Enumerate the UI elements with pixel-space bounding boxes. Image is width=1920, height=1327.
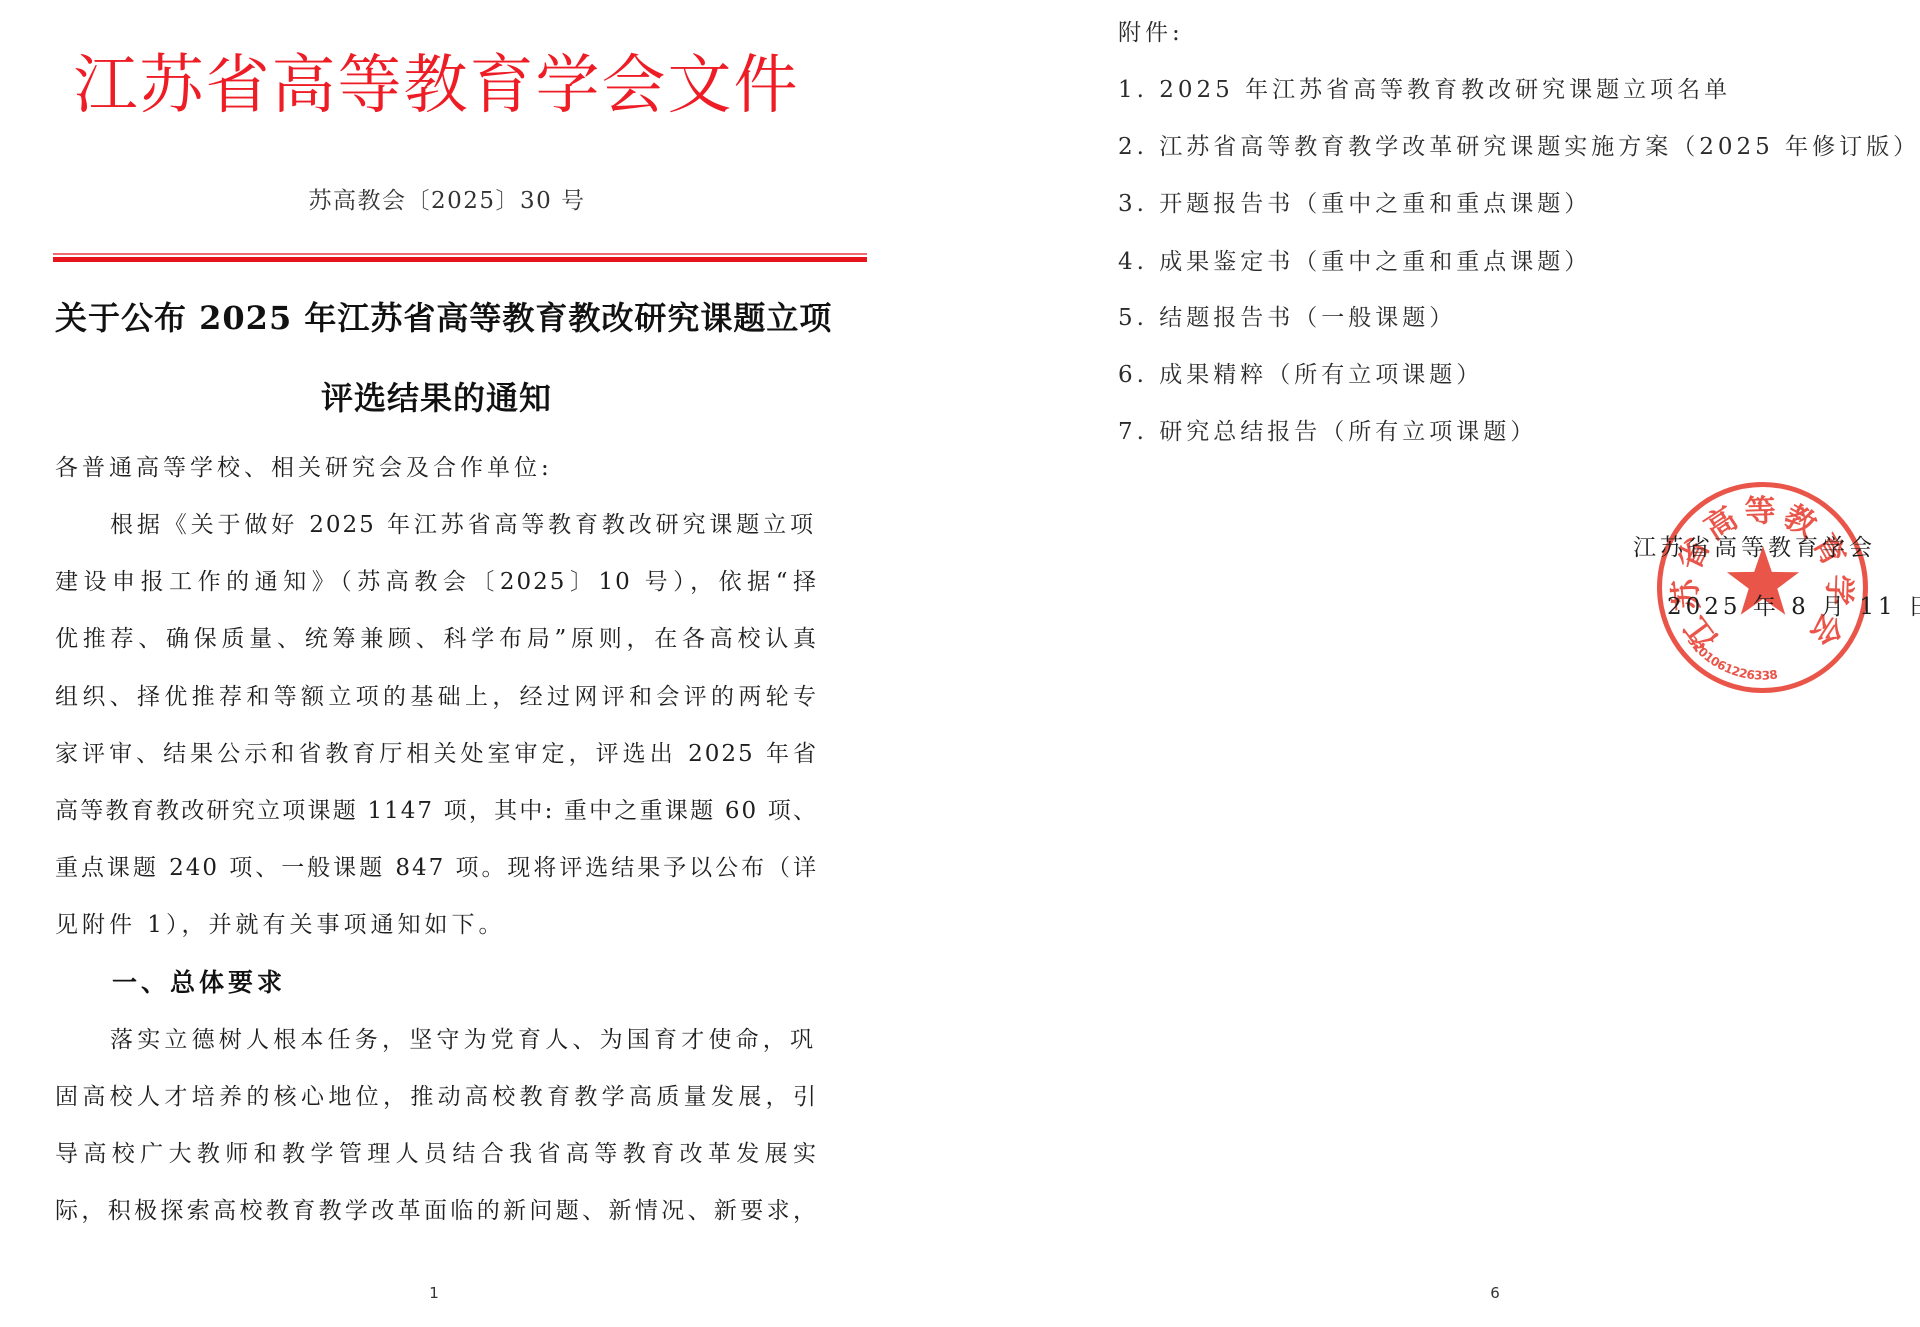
paragraph-1-line: 家评审、结果公示和省教育厅相关处室审定，评选出 2025 年省 [55, 734, 818, 774]
signature-organization: 江苏省高等教育学会 [1633, 528, 1876, 568]
red-rule-thick [53, 257, 867, 262]
paragraph-1-line: 见附件 1），并就有关事项通知如下。 [55, 905, 818, 945]
attachment-item: 2. 江苏省高等教育教学改革研究课题实施方案（2025 年修订版） [1118, 127, 1920, 167]
paragraph-2-line: 固高校人才培养的核心地位，推动高校教育教学高质量发展，引 [55, 1077, 818, 1117]
page-number: 6 [1475, 1283, 1515, 1303]
attachment-item: 1. 2025 年江苏省高等教育教改研究课题立项名单 [1118, 70, 1731, 110]
red-header-title: 江苏省高等教育学会文件 [55, 44, 818, 128]
attachment-item: 5. 结题报告书（一般课题） [1118, 298, 1456, 338]
document-page-1: 江苏省高等教育学会文件 苏高教会〔2025〕30 号 关于公布 2025 年江苏… [0, 0, 960, 1327]
paragraph-2-line: 际，积极探索高校教育教学改革面临的新问题、新情况、新要求， [55, 1191, 818, 1231]
notice-title-line-2: 评选结果的通知 [55, 373, 818, 423]
paragraph-1-line: 重点课题 240 项、一般课题 847 项。现将评选结果予以公布（详 [55, 848, 818, 888]
paragraph-1-line: 高等教育教改研究立项课题 1147 项，其中: 重中之重课题 60 项、 [55, 791, 818, 831]
section-heading-general-requirements: 一、总体要求 [112, 963, 286, 1003]
signature-date: 2025 年 8 月 11 日 [1667, 587, 1920, 627]
paragraph-2-line: 落实立德树人根本任务，坚守为党育人、为国育才使命，巩 [110, 1020, 815, 1060]
seal-code: 3201061226338 [1685, 634, 1779, 683]
paragraph-2-line: 导高校广大教师和教学管理人员结合我省高等教育改革发展实 [55, 1134, 818, 1174]
document-number: 苏高教会〔2025〕30 号 [55, 181, 839, 221]
attachment-item: 3. 开题报告书（重中之重和重点课题） [1118, 184, 1591, 224]
attachment-item: 6. 成果精粹（所有立项课题） [1118, 355, 1483, 395]
red-rule-thin [53, 253, 867, 255]
seal-code-text: 3201061226338 [1685, 634, 1779, 683]
paragraph-1-line: 建设申报工作的通知》（苏高教会〔2025〕10 号），依据“择 [55, 562, 818, 602]
notice-title-line-1: 关于公布 2025 年江苏省高等教育教改研究课题立项 [55, 293, 818, 343]
salutation: 各普通高等学校、相关研究会及合作单位: [55, 448, 818, 488]
page-number: 1 [414, 1283, 454, 1303]
paragraph-1-line: 优推荐、确保质量、统筹兼顾、科学布局”原则，在各高校认真 [55, 619, 818, 659]
attachments-label: 附件: [1118, 13, 1184, 53]
document-page-6: 附件: 1. 2025 年江苏省高等教育教改研究课题立项名单 2. 江苏省高等教… [960, 0, 1920, 1327]
paragraph-1-line: 组织、择优推荐和等额立项的基础上，经过网评和会评的两轮专 [55, 677, 818, 717]
paragraph-1-line: 根据《关于做好 2025 年江苏省高等教育教改研究课题立项 [110, 505, 815, 545]
attachment-item: 7. 研究总结报告（所有立项课题） [1118, 412, 1537, 452]
attachment-item: 4. 成果鉴定书（重中之重和重点课题） [1118, 242, 1591, 282]
